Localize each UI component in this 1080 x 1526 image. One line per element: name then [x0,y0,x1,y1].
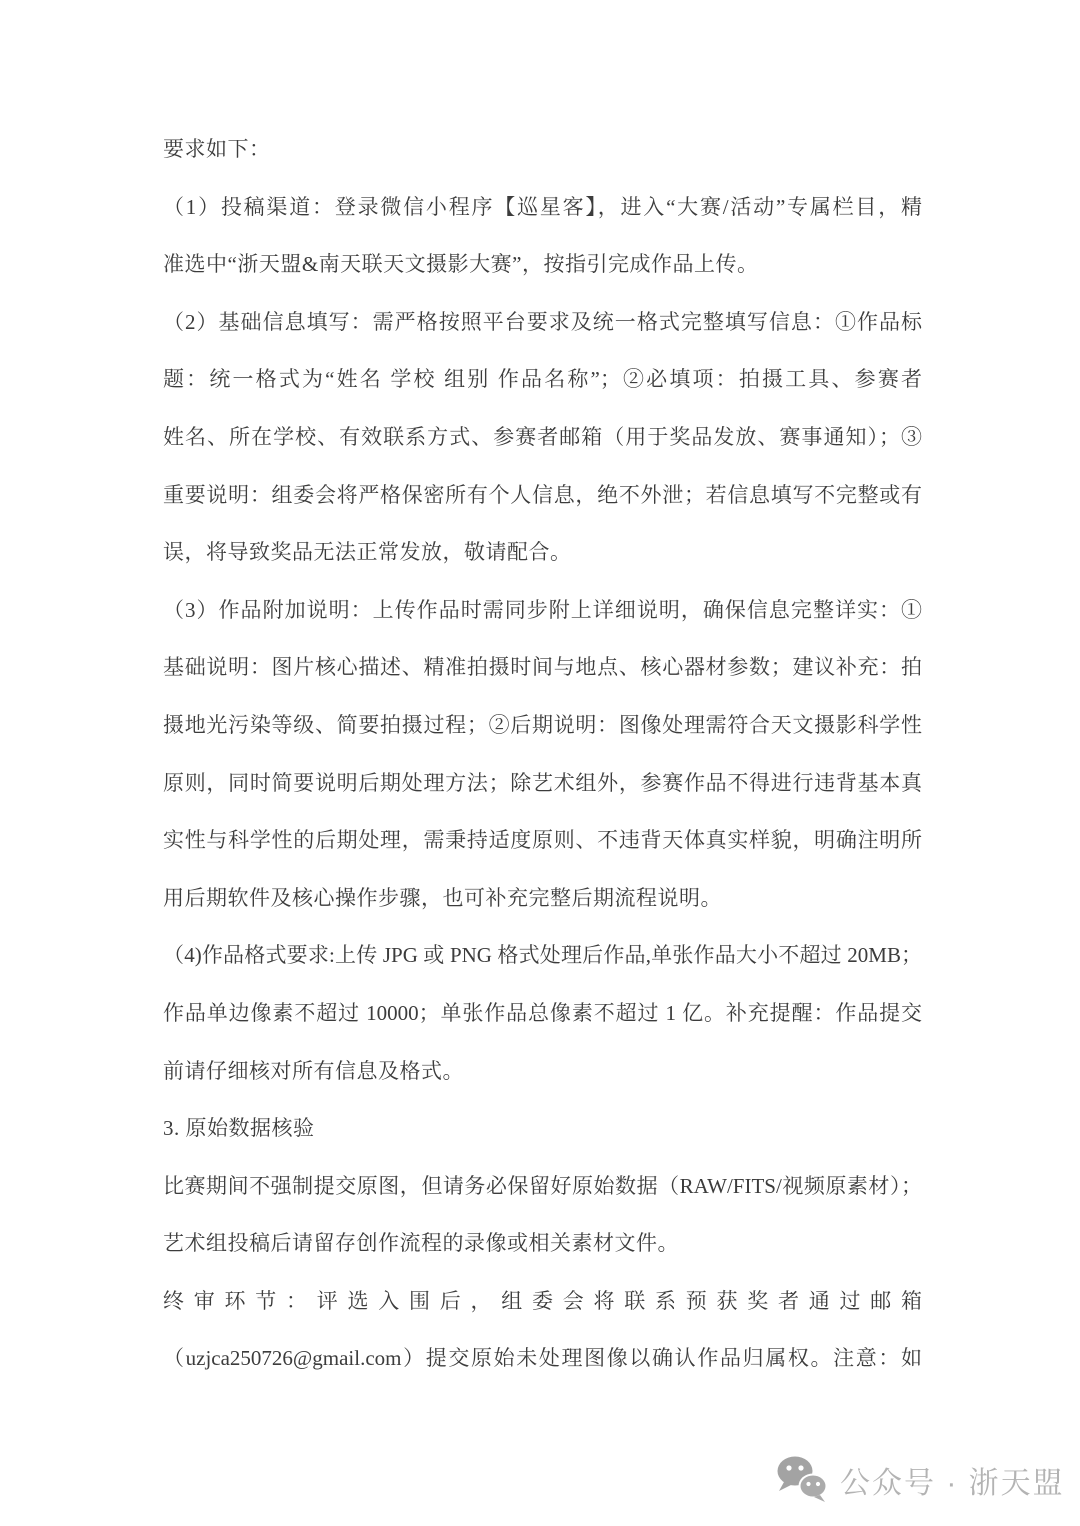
document-body: 要求如下：（1）投稿渠道：登录微信小程序【巡星客】，进入“大赛/活动”专属栏目，… [163,121,922,1388]
text-line: 前请仔细核对所有信息及格式。 [163,1043,922,1101]
wechat-icon [776,1456,830,1504]
text-line: （1）投稿渠道：登录微信小程序【巡星客】，进入“大赛/活动”专属栏目，精 [163,179,922,237]
text-line: 摄地光污染等级、简要拍摄过程；②后期说明：图像处理需符合天文摄影科学性 [163,697,922,755]
text-line: 姓名、所在学校、有效联系方式、参赛者邮箱（用于奖品发放、赛事通知）；③ [163,409,922,467]
text-line: 比赛期间不强制提交原图，但请务必保留好原始数据（RAW/FITS/视频原素材）； [163,1158,922,1216]
text-line: 原则，同时简要说明后期处理方法；除艺术组外，参赛作品不得进行违背基本真 [163,755,922,813]
text-line: 用后期软件及核心操作步骤，也可补充完整后期流程说明。 [163,870,922,928]
watermark-label: 公众号 · 浙天盟 [840,1458,1065,1502]
article-page: 要求如下：（1）投稿渠道：登录微信小程序【巡星客】，进入“大赛/活动”专属栏目，… [0,0,1080,1526]
text-line: 基础说明：图片核心描述、精准拍摄时间与地点、核心器材参数；建议补充：拍 [163,639,922,697]
text-line: 作品单边像素不超过 10000；单张作品总像素不超过 1 亿。补充提醒：作品提交 [163,985,922,1043]
text-line: （4)作品格式要求:上传 JPG 或 PNG 格式处理后作品,单张作品大小不超过… [163,927,922,985]
text-line: （3）作品附加说明：上传作品时需同步附上详细说明，确保信息完整详实：① [163,582,922,640]
wechat-watermark: 公众号 · 浙天盟 [776,1456,1065,1504]
text-line: 艺术组投稿后请留存创作流程的录像或相关素材文件。 [163,1215,922,1273]
text-line: 重要说明：组委会将严格保密所有个人信息，绝不外泄；若信息填写不完整或有 [163,467,922,525]
text-line: （uzjca250726@gmail.com）提交原始未处理图像以确认作品归属权… [163,1330,922,1388]
text-line: 误，将导致奖品无法正常发放，敬请配合。 [163,524,922,582]
text-line: （2）基础信息填写：需严格按照平台要求及统一格式完整填写信息：①作品标 [163,294,922,352]
text-line: 题：统一格式为“姓名 学校 组别 作品名称”；②必填项：拍摄工具、参赛者 [163,351,922,409]
text-line: 要求如下： [163,121,922,179]
text-line: 终审环节：评选入围后，组委会将联系预获奖者通过邮箱 [163,1273,922,1331]
text-line: 3. 原始数据核验 [163,1100,922,1158]
text-line: 实性与科学性的后期处理，需秉持适度原则、不违背天体真实样貌，明确注明所 [163,812,922,870]
text-line: 准选中“浙天盟&南天联天文摄影大赛”，按指引完成作品上传。 [163,236,922,294]
